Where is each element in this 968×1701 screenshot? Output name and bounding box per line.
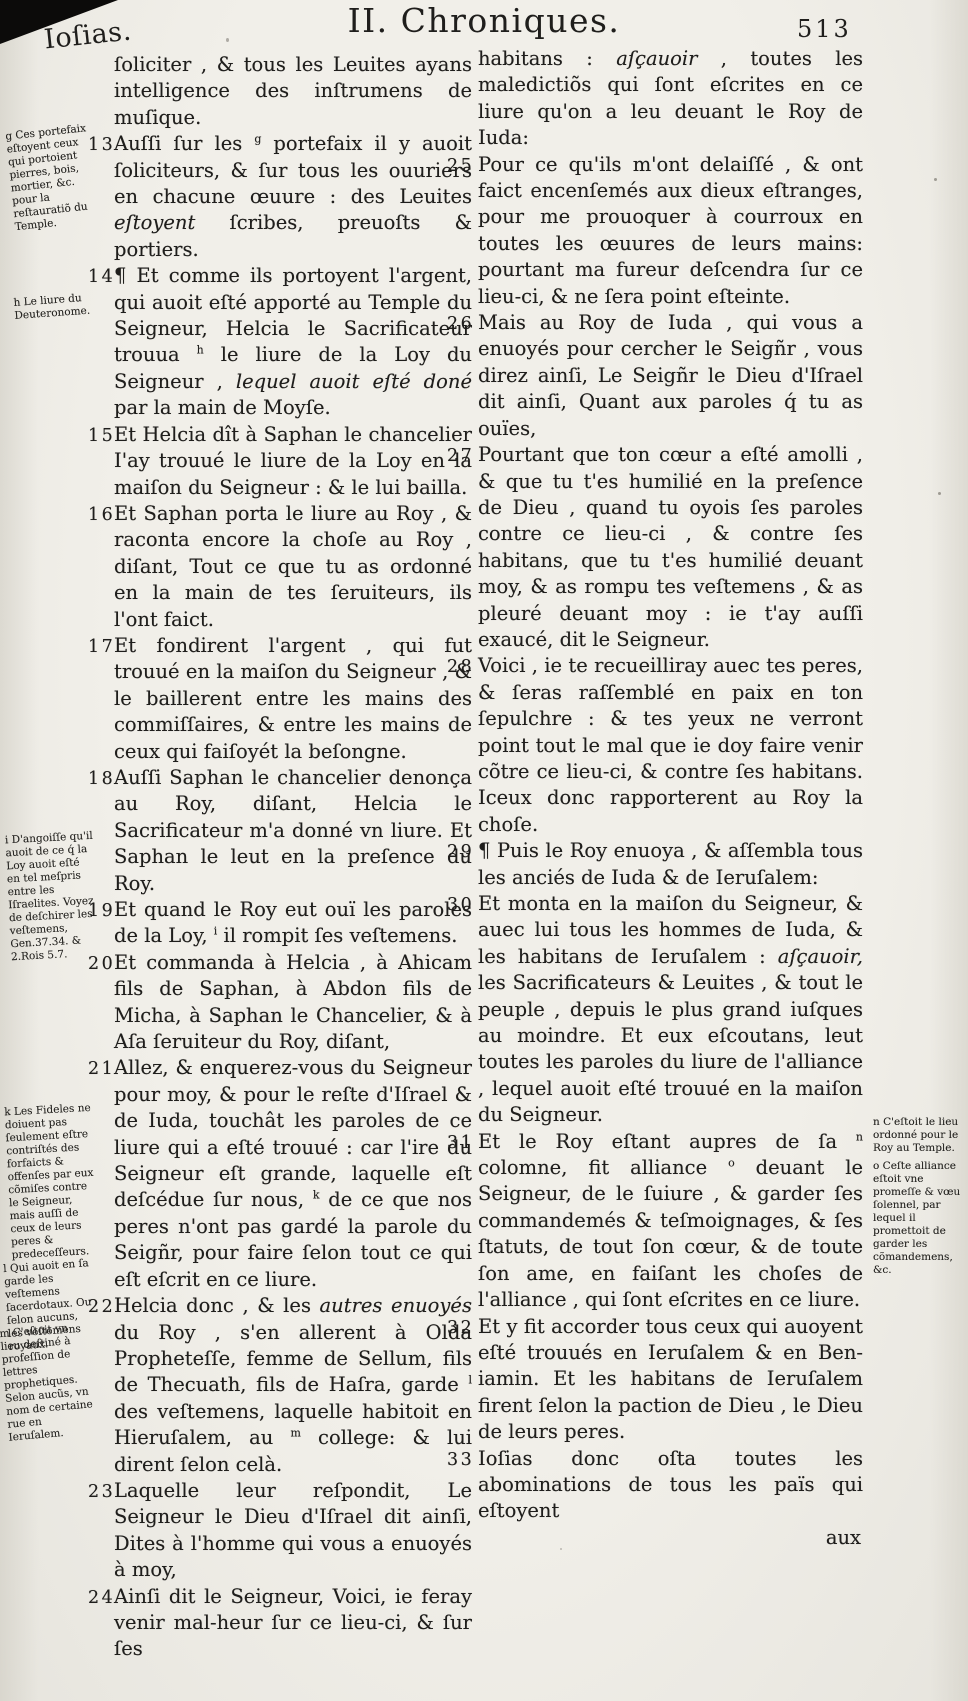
verse-23: 23Laquelle leur reſpondit, Le Seigneur l… <box>88 1478 472 1584</box>
verse-26: 26Mais au Roy de Iuda , qui vous a enuoy… <box>447 310 863 442</box>
verse-text: Mais au Roy de Iuda , qui vous a enuoyés… <box>478 311 863 440</box>
verse-31: 31Et le Roy eſtant aupres de ſa n colomn… <box>447 1129 863 1314</box>
verse-24: 24Ainſi dit le Seigneur, Voici, ie feray… <box>88 1584 472 1663</box>
verse-number: 30 <box>447 892 474 918</box>
verse-text-italic: aſçauoir, <box>778 945 863 968</box>
verse-14: 14¶ Et comme ils portoyent l'argent, qui… <box>88 263 472 421</box>
verse-33: 33Ioſias donc oſta toutes les abominatio… <box>447 1446 863 1525</box>
verse-number: 25 <box>447 153 474 179</box>
verse-text: Voici , ie te recueilliray auec tes pere… <box>478 654 863 835</box>
verse-number: 20 <box>88 951 115 977</box>
note-reference-letter: g <box>254 133 261 146</box>
text-column-left: ſoliciter , & tous les Leuites ayans int… <box>88 52 472 1663</box>
paper-speck <box>934 178 937 181</box>
margin-note-g: g Ces portefaix eſtoyent ceux qui portoi… <box>5 122 101 234</box>
margin-note-m: m C'eſtoit vn lieu deſtiné à profeſſion … <box>0 1320 99 1444</box>
verse-continuation: habitans : aſçauoir , toutes les maledic… <box>447 46 863 152</box>
verse-text: ¶ Puis le Roy enuoya , & aſſembla tous l… <box>478 839 863 888</box>
verse-number: 21 <box>88 1056 115 1082</box>
verse-text: Et quand le Roy eut ouï les paroles de l… <box>114 898 472 947</box>
note-reference-letter: m <box>290 1427 300 1440</box>
margin-note-k: k Les Fideles ne doiuent pas ſeulement e… <box>4 1102 100 1262</box>
verse-text: Ioſias donc oſta toutes les abominations… <box>478 1447 863 1523</box>
verse-13: 13Auſſi ſur les g portefaix il y auoit ſ… <box>88 131 472 263</box>
verse-21: 21Allez, & enquerez-vous du Seigneur pou… <box>88 1055 472 1293</box>
verse-text: ¶ Et comme ils portoyent l'argent, qui a… <box>114 264 472 419</box>
verse-number: 16 <box>88 502 115 528</box>
verse-text: Et commanda à Helcia , à Ahicam fils de … <box>114 951 472 1053</box>
page-number: 513 <box>797 15 852 43</box>
verse-number: 28 <box>447 654 474 680</box>
verse-text: Et Helcia dît à Saphan le chancelier I'a… <box>114 423 472 499</box>
catchword: aux <box>447 1525 863 1551</box>
verse-17: 17Et fondirent l'argent , qui fut trouué… <box>88 633 472 765</box>
verse-number: 17 <box>88 634 115 660</box>
verse-29: 29¶ Puis le Roy enuoya , & aſſembla tous… <box>447 838 863 891</box>
verse-text: Allez, & enquerez-vous du Seigneur pour … <box>114 1056 472 1290</box>
verse-number: 32 <box>447 1315 474 1341</box>
verse-number: 24 <box>88 1585 115 1611</box>
verse-text: Pourtant que ton cœur a eſté amolli , & … <box>478 443 863 651</box>
paper-speck <box>938 492 941 495</box>
verse-text: Et y fit accorder tous ceux qui auoyent … <box>478 1315 863 1444</box>
verse-text: habitans : aſçauoir , toutes les maledic… <box>478 47 863 149</box>
verse-number: 22 <box>88 1294 115 1320</box>
verse-number: 31 <box>447 1130 474 1156</box>
verse-text: Et le Roy eſtant aupres de ſa n colomne,… <box>478 1130 863 1311</box>
margin-note-n: n C'eſtoit le lieu ordonné pour le Roy a… <box>873 1116 965 1155</box>
verse-32: 32Et y fit accorder tous ceux qui auoyen… <box>447 1314 863 1446</box>
verse-text: Ainſi dit le Seigneur, Voici, ie feray v… <box>114 1585 472 1661</box>
margin-note-o: o Ceſte alliance eſtoit vne promeſſe & v… <box>873 1160 965 1277</box>
verse-text: Et fondirent l'argent , qui fut trouué e… <box>114 634 472 763</box>
verse-text: Auſſi ſur les g portefaix il y auoit ſol… <box>114 132 472 261</box>
verse-15: 15Et Helcia dît à Saphan le chancelier I… <box>88 422 472 501</box>
verse-number: 14 <box>88 264 115 290</box>
verse-text: ſoliciter , & tous les Leuites ayans int… <box>114 53 472 129</box>
verse-number: 13 <box>88 132 115 158</box>
note-reference-letter: k <box>313 1189 320 1202</box>
verse-text: Et Saphan porta le liure au Roy , & raco… <box>114 502 472 631</box>
verse-19: 19Et quand le Roy eut ouï les paroles de… <box>88 897 472 950</box>
verse-text: Pour ce qu'ils m'ont delaiſſé , & ont fa… <box>478 153 863 308</box>
book-page-scan: Ioſias. II. Chroniques. 513 g Ces portef… <box>0 0 968 1701</box>
verse-number: 19 <box>88 898 115 924</box>
note-reference-letter: o <box>728 1157 735 1170</box>
verse-text-italic: aſçauoir <box>616 47 697 70</box>
verse-text: Et monta en la maiſon du Seigneur, & aue… <box>478 892 863 1126</box>
margin-note-i: i D'angoiſſe qu'il auoit de ce q́ la Loy… <box>5 830 100 964</box>
verse-number: 33 <box>447 1447 474 1473</box>
note-reference-letter: h <box>197 344 204 357</box>
verse-22: 22Helcia donc , & les autres enuoyés du … <box>88 1293 472 1478</box>
paper-speck <box>226 38 229 42</box>
verse-text: Helcia donc , & les autres enuoyés du Ro… <box>114 1294 472 1475</box>
paper-speck <box>560 1548 562 1550</box>
note-reference-letter: n <box>856 1130 863 1143</box>
verse-number: 26 <box>447 311 474 337</box>
verse-30: 30Et monta en la maiſon du Seigneur, & a… <box>447 891 863 1129</box>
verse-28: 28Voici , ie te recueilliray auec tes pe… <box>447 653 863 838</box>
verse-continuation: ſoliciter , & tous les Leuites ayans int… <box>88 52 472 131</box>
verse-number: 29 <box>447 839 474 865</box>
margin-note-h: h Le liure du Deuteronome. <box>13 291 99 323</box>
note-reference-letter: i <box>214 925 218 938</box>
verse-text: Auſſi Saphan le chancelier denonça au Ro… <box>114 766 472 895</box>
verse-16: 16Et Saphan porta le liure au Roy , & ra… <box>88 501 472 633</box>
verse-25: 25Pour ce qu'ils m'ont delaiſſé , & ont … <box>447 152 863 310</box>
verse-number: 15 <box>88 423 115 449</box>
text-column-right: habitans : aſçauoir , toutes les maledic… <box>447 46 863 1551</box>
verse-number: 18 <box>88 766 115 792</box>
verse-text: Laquelle leur reſpondit, Le Seigneur le … <box>114 1479 472 1581</box>
verse-20: 20Et commanda à Helcia , à Ahicam fils d… <box>88 950 472 1056</box>
verse-text-italic: lequel auoit eſté doné <box>236 370 472 393</box>
verse-27: 27Pourtant que ton cœur a eſté amolli , … <box>447 442 863 653</box>
verse-text-italic: eſtoyent <box>114 211 195 234</box>
verse-number: 23 <box>88 1479 115 1505</box>
verse-number: 27 <box>447 443 474 469</box>
verse-18: 18Auſſi Saphan le chancelier denonça au … <box>88 765 472 897</box>
